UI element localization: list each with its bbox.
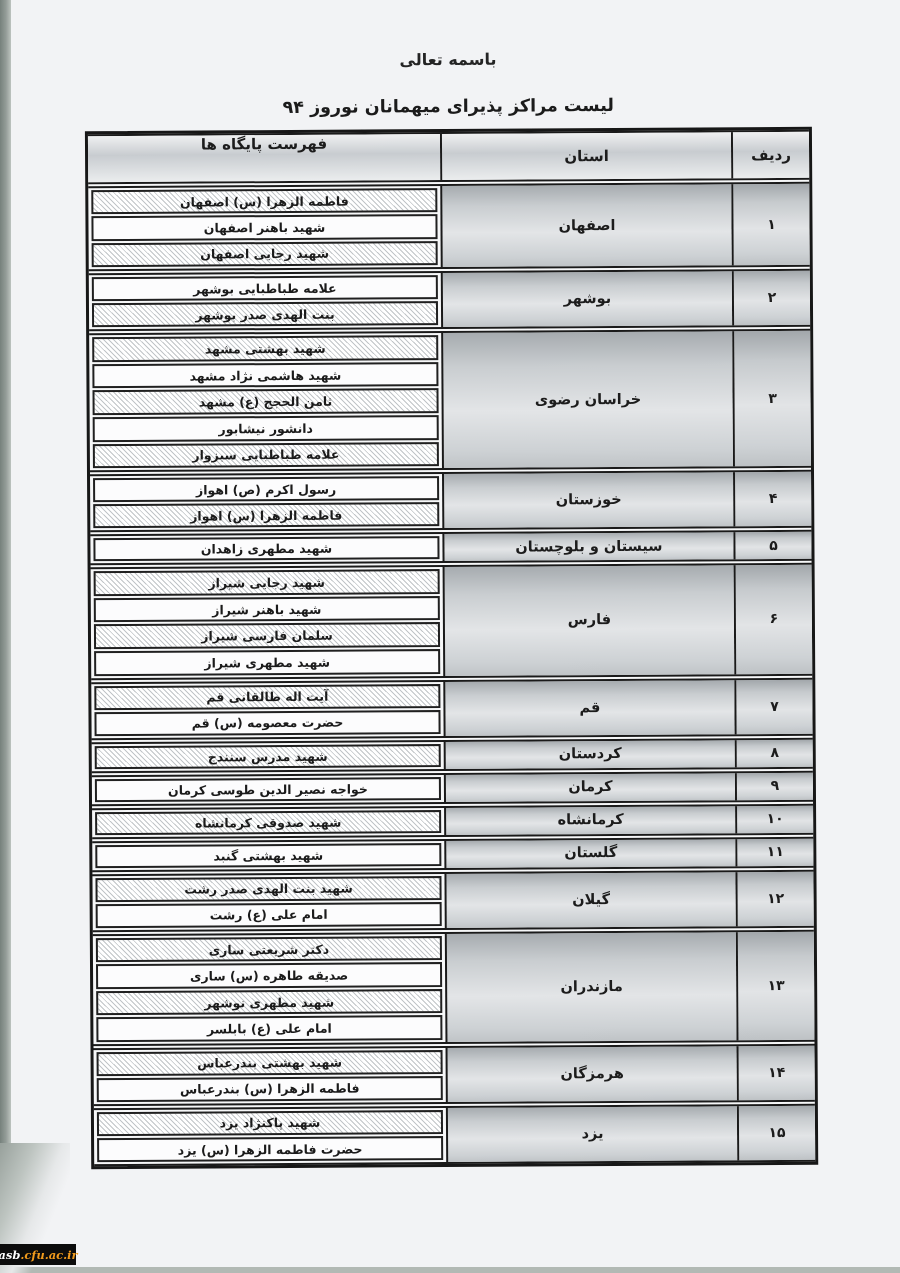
row-number-cell: ۵ <box>733 532 811 560</box>
bases-cell: شهید بهشتی بندرعباسفاطمه الزهرا (س) بندر… <box>94 1048 446 1104</box>
base-cell: شهید مدرس سنندج <box>95 744 441 769</box>
province-cell: هرمزگان <box>446 1046 737 1102</box>
scanned-document: { "page": { "bismillah": "باسمه تعالی", … <box>0 0 900 1273</box>
table-row: ۲بوشهرعلامه طباطبایی بوشهربنت الهدی صدر … <box>89 269 810 331</box>
row-number-cell: ۲ <box>732 271 810 326</box>
row-number-cell: ۱۰ <box>735 805 813 833</box>
province-cell: کرمان <box>444 773 735 802</box>
row-number-cell: ۳ <box>732 331 811 467</box>
scanned-page: باسمه تعالی لیست مراکز پذیرای میهمانان ن… <box>0 0 900 1273</box>
base-cell: شهید هاشمی نژاد مشهد <box>92 362 438 389</box>
province-cell: سیستان و بلوچستان <box>442 533 733 562</box>
base-cell: شهید بهشتی گنبد <box>95 843 441 868</box>
table-row: ۱اصفهانفاطمه الزهرا (س) اصفهانشهید باهنر… <box>88 182 810 271</box>
base-cell: فاطمه الزهرا (س) اصفهان <box>91 188 437 214</box>
table-row: ۹کرمانخواجه نصیر الدین طوسی کرمان <box>92 770 813 805</box>
base-cell: ثامن الحجج (ع) مشهد <box>92 388 438 415</box>
table-row: ۱۱گلستانشهید بهشتی گنبد <box>92 836 813 871</box>
watermark-suffix: .cfu.ac.ir <box>20 1248 77 1262</box>
base-cell: آیت اله طالقانی قم <box>94 684 440 710</box>
table-row: ۸کردستانشهید مدرس سنندج <box>92 737 813 772</box>
base-cell: شهید باهنر اصفهان <box>91 214 437 240</box>
base-cell: دانشور نیشابور <box>93 415 439 442</box>
table-row: ۱۴هرمزگانشهید بهشتی بندرعباسفاطمه الزهرا… <box>94 1044 815 1106</box>
bases-cell: شهید رجایی شیرازشهید باهنر شیرازسلمان فا… <box>91 567 444 677</box>
header-bases-list: فهرست پایگاه ها <box>88 134 440 182</box>
row-number-cell: ۱۱ <box>735 838 813 866</box>
province-cell: خوزستان <box>442 473 733 529</box>
base-cell: شهید بنت الهدی صدر رشت <box>95 876 441 902</box>
table-row: ۱۳مازندراندکتر شریعتی ساریصدیقه طاهره (س… <box>93 930 815 1047</box>
province-cell: خراسان رضوی <box>441 331 733 468</box>
base-cell: شهید بهشتی بندرعباس <box>97 1050 443 1076</box>
base-cell: شهید رجایی اصفهان <box>92 241 438 267</box>
province-cell: کردستان <box>444 740 735 769</box>
bases-cell: شهید مدرس سنندج <box>92 742 444 771</box>
bases-cell: دکتر شریعتی ساریصدیقه طاهره (س) ساریشهید… <box>93 934 446 1044</box>
base-cell: حضرت معصومه (س) قم <box>94 710 440 736</box>
centers-table: ردیف استان فهرست پایگاه ها ۱اصفهانفاطمه … <box>85 127 818 1169</box>
bases-cell: شهید بهشتی مشهدشهید هاشمی نژاد مشهدثامن … <box>89 333 442 470</box>
base-cell: امام علی (ع) رشت <box>96 902 442 928</box>
base-cell: شهید بهشتی مشهد <box>92 335 438 362</box>
base-cell: خواجه نصیر الدین طوسی کرمان <box>95 777 441 802</box>
province-cell: قم <box>443 680 734 736</box>
bases-cell: شهید صدوقی کرمانشاه <box>92 808 444 837</box>
base-cell: سلمان فارسی شیراز <box>94 623 440 650</box>
page-title: لیست مراکز پذیرای میهمانان نوروز ۹۴ <box>85 95 812 119</box>
bases-cell: شهید پاکنژاد یزدحضرت فاطمه الزهرا (س) یز… <box>94 1108 446 1164</box>
bases-cell: شهید بهشتی گنبد <box>92 841 444 870</box>
province-cell: کرمانشاه <box>444 806 735 835</box>
bases-cell: علامه طباطبایی بوشهربنت الهدی صدر بوشهر <box>89 273 441 329</box>
row-number-cell: ۷ <box>734 679 812 734</box>
base-cell: علامه طباطبایی بوشهر <box>92 275 438 301</box>
row-number-cell: ۶ <box>734 565 813 674</box>
base-cell: شهید مطهری شیراز <box>94 649 440 676</box>
bases-cell: فاطمه الزهرا (س) اصفهانشهید باهنر اصفهان… <box>88 186 440 269</box>
watermark-prefix: asb <box>0 1248 20 1262</box>
bases-cell: آیت اله طالقانی قمحضرت معصومه (س) قم <box>91 682 443 738</box>
table-row: ۱۰کرمانشاهشهید صدوقی کرمانشاه <box>92 803 813 838</box>
base-cell: امام علی (ع) بابلسر <box>96 1015 442 1042</box>
province-cell: مازندران <box>445 932 737 1042</box>
base-cell: فاطمه الزهرا (س) بندرعباس <box>97 1076 443 1102</box>
row-number-cell: ۱۴ <box>737 1046 815 1101</box>
base-cell: حضرت فاطمه الزهرا (س) یزد <box>97 1136 443 1162</box>
base-cell: فاطمه الزهرا (س) اهواز <box>93 502 439 528</box>
base-cell: شهید باهنر شیراز <box>94 596 440 623</box>
row-number-cell: ۹ <box>735 772 813 800</box>
table-row: ۱۵یزدشهید پاکنژاد یزدحضرت فاطمه الزهرا (… <box>94 1104 815 1166</box>
site-watermark: asb.cfu.ac.ir <box>0 1244 76 1265</box>
header-row-number: ردیف <box>731 132 809 178</box>
base-cell: شهید مطهری زاهدان <box>93 536 439 561</box>
table-row: ۶فارسشهید رجایی شیرازشهید باهنر شیرازسلم… <box>91 563 813 680</box>
table-row: ۵سیستان و بلوچستانشهید مطهری زاهدان <box>90 530 811 565</box>
base-cell: دکتر شریعتی ساری <box>96 936 442 963</box>
bases-cell: رسول اکرم (ص) اهوازفاطمه الزهرا (س) اهوا… <box>90 474 442 530</box>
province-cell: بوشهر <box>441 271 732 327</box>
base-cell: شهید رجایی شیراز <box>94 569 440 596</box>
row-number-cell: ۱۵ <box>737 1106 815 1161</box>
table-row: ۱۲گیلانشهید بنت الهدی صدر رشتامام علی (ع… <box>92 870 813 932</box>
table-row: ۳خراسان رضویشهید بهشتی مشهدشهید هاشمی نژ… <box>89 329 811 473</box>
base-cell: صدیقه طاهره (س) ساری <box>96 962 442 989</box>
row-number-cell: ۸ <box>735 739 813 767</box>
base-cell: شهید مطهری نوشهر <box>96 989 442 1016</box>
table-row: ۴خوزستانرسول اکرم (ص) اهوازفاطمه الزهرا … <box>90 470 811 532</box>
base-cell: علامه طباطبایی سبزوار <box>93 442 439 469</box>
row-number-cell: ۱۳ <box>736 932 815 1041</box>
bases-cell: شهید بنت الهدی صدر رشتامام علی (ع) رشت <box>92 874 444 930</box>
province-cell: گلستان <box>444 839 735 868</box>
province-cell: اصفهان <box>440 184 731 267</box>
row-number-cell: ۴ <box>733 472 811 527</box>
bases-cell: خواجه نصیر الدین طوسی کرمان <box>92 775 444 804</box>
province-cell: یزد <box>446 1106 737 1162</box>
bases-cell: شهید مطهری زاهدان <box>90 534 442 563</box>
table-header-row: ردیف استان فهرست پایگاه ها <box>88 130 809 184</box>
row-number-cell: ۱۲ <box>735 872 813 927</box>
base-cell: شهید صدوقی کرمانشاه <box>95 810 441 835</box>
province-cell: گیلان <box>444 872 735 928</box>
bismillah-heading: باسمه تعالی <box>84 48 811 71</box>
base-cell: رسول اکرم (ص) اهواز <box>93 476 439 502</box>
base-cell: شهید پاکنژاد یزد <box>97 1110 443 1136</box>
row-number-cell: ۱ <box>731 184 809 266</box>
table-row: ۷قمآیت اله طالقانی قمحضرت معصومه (س) قم <box>91 677 812 739</box>
province-cell: فارس <box>443 566 735 676</box>
base-cell: بنت الهدی صدر بوشهر <box>92 301 438 327</box>
header-province: استان <box>440 132 731 180</box>
